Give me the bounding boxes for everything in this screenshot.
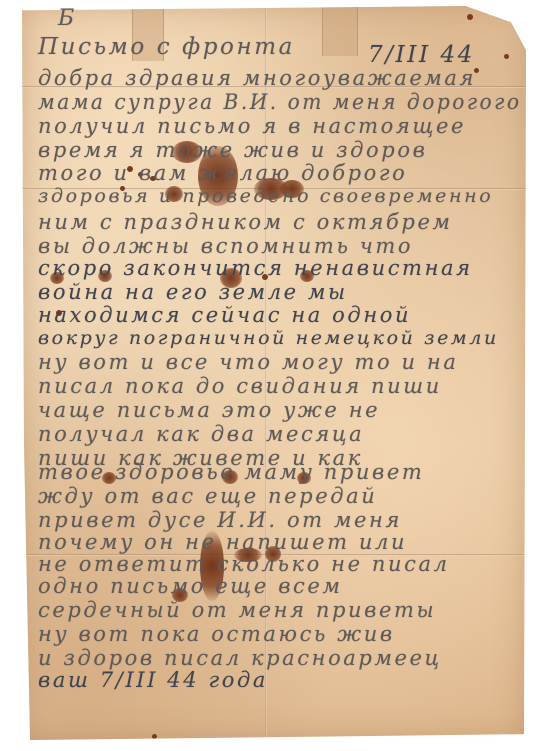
letter-line: скоро закончится ненавистная	[38, 256, 473, 280]
letter-line: и здоров писал красноармеец	[38, 646, 442, 670]
letter-line: привет дусе И.И. от меня	[38, 508, 402, 532]
letter-heading: Письмо с фронта	[38, 34, 295, 60]
letter-line: одно письмо еще всем	[38, 574, 342, 598]
letter-line: твое здоровье маму привет	[38, 460, 424, 484]
corner-mark: Б	[58, 6, 77, 31]
tape-strip-right	[322, 6, 358, 56]
letter-line: ну вот пока остаюсь жив	[38, 622, 395, 646]
stain-speck	[504, 54, 509, 59]
letter-line: находимся сейчас на одной	[38, 303, 411, 327]
letter-line: ну вот и все что могу то и на	[38, 350, 458, 374]
date-header: 7/III 44	[368, 42, 475, 68]
letter-line: добра здравия многоуважаемая	[38, 66, 476, 90]
letter-line: не ответит сколько не писал	[38, 552, 450, 576]
letter-line: сердечный от меня приветы	[38, 598, 436, 622]
stain-speck	[152, 734, 157, 739]
letter-signature-date: ваш 7/III 44 года	[38, 668, 268, 692]
letter-line: жду от вас еще передай	[38, 484, 377, 508]
letter-line: здоровья и проведено своевременно	[38, 185, 493, 207]
letter-line: война на его земле мы	[38, 280, 348, 304]
letter-line: писал пока до свидания пиши	[38, 374, 442, 398]
letter-line: время я тоже жив и здоров	[38, 138, 427, 162]
letter-line: вокруг пограничной немецкой земли	[38, 327, 499, 349]
letter-line: ним с праздником с октябрем	[38, 210, 453, 234]
letter-line: получил письмо я в настоящее	[38, 114, 466, 138]
letter-line: получал как два месяца	[38, 422, 364, 446]
letter-line: почему он не напишет или	[38, 530, 407, 554]
letter-line: мама супруга В.И. от меня дорогого	[38, 90, 522, 114]
letter-line: вы должны вспомнить что	[38, 234, 413, 258]
letter-line: чаще письма это уже не	[38, 398, 380, 422]
letter-line: того и вам желаю доброго	[38, 161, 407, 185]
stain-speck	[467, 14, 473, 20]
